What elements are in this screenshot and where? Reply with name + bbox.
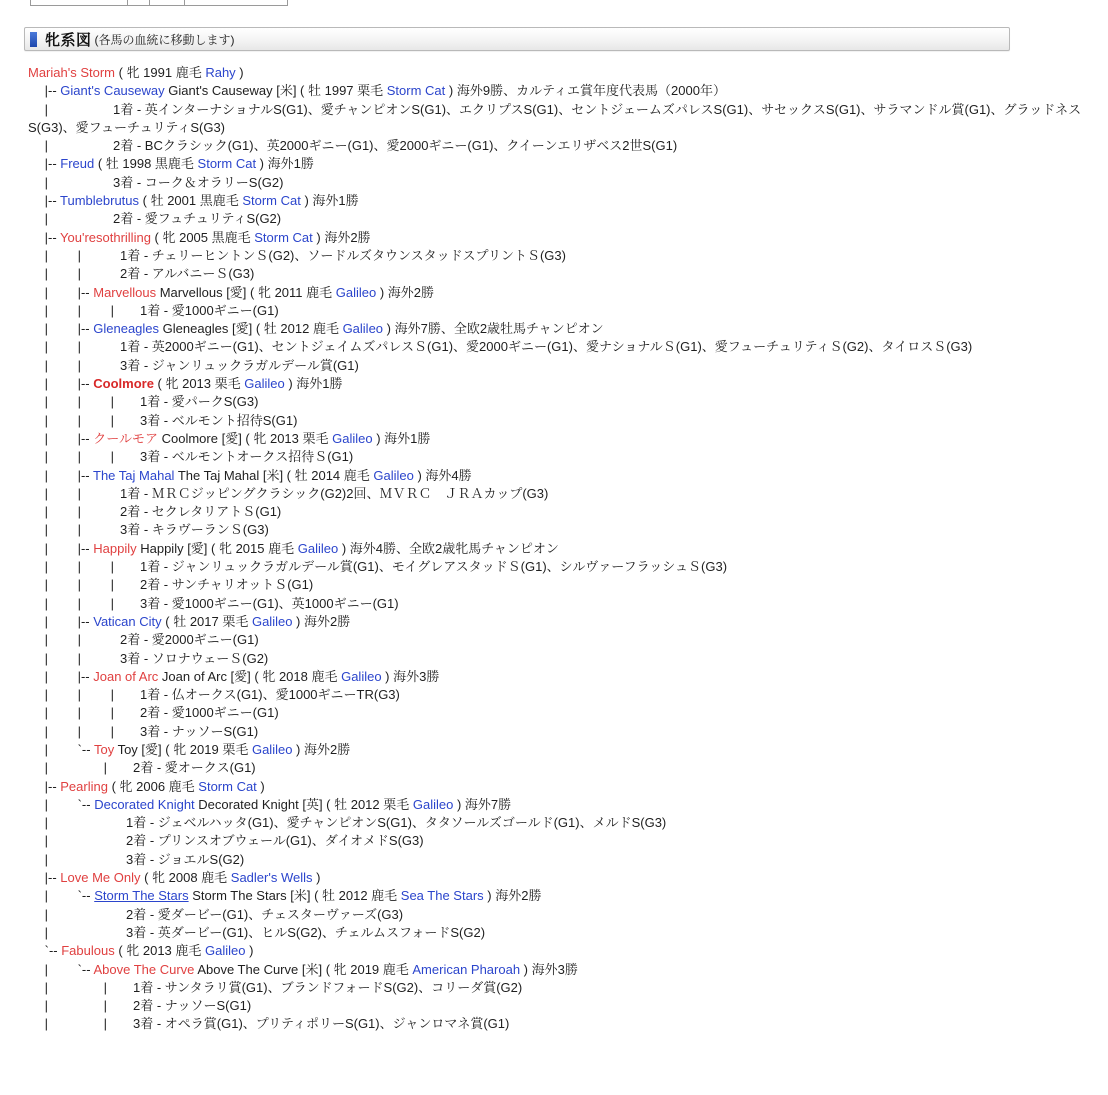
pedigree-text: ( 牝 2008 鹿毛 (140, 870, 230, 885)
tree-branch-prefix: | (28, 925, 126, 940)
pedigree-text: ) 海外9勝、カルティエ賞年度代表馬（2000年） (445, 83, 726, 98)
pedigree-text: ) 海外4勝、全欧2歳牝馬チャンピオン (338, 541, 559, 556)
pedigree-row: `-- Fabulous ( 牝 2013 鹿毛 Galileo ) (28, 942, 1092, 960)
pedigree-text: 3着 - キラヴーランＳ(G3) (120, 522, 269, 537)
horse-link-female[interactable]: Above The Curve (93, 962, 194, 977)
pedigree-row: | 2着 - 愛フュチュリティS(G2) (28, 210, 1092, 228)
horse-link-female[interactable]: Fabulous (61, 943, 114, 958)
pedigree-row: | |-- Marvellous Marvellous [愛] ( 牝 2011… (28, 284, 1092, 302)
pedigree-text: 3着 - ジャンリュックラガルデール賞(G1) (120, 358, 359, 373)
pedigree-row: | `-- Decorated Knight Decorated Knight … (28, 796, 1092, 814)
tree-branch-prefix: | (28, 852, 126, 867)
horse-link-male[interactable]: Galileo (252, 742, 292, 757)
tree-branch-prefix: | | (28, 339, 120, 354)
pedigree-row: | | | 1着 - ジャンリュックラガルデール賞(G1)、モイグレアスタッドＳ… (28, 558, 1092, 576)
pedigree-text: ( 牝 1991 鹿毛 (115, 65, 205, 80)
horse-link-male[interactable]: Rahy (205, 65, 235, 80)
pedigree-text: ) 海外2勝 (313, 230, 371, 245)
pedigree-text: ) 海外1勝 (285, 376, 343, 391)
pedigree-text: 1着 - ＭＲＣジッピングクラシック(G2)2回、ＭＶＲＣ ＪＲＡカップ(G3) (120, 486, 548, 501)
pedigree-text: 2着 - ナッソーS(G1) (133, 998, 251, 1013)
pedigree-row: | | | 1着 - 仏オークス(G1)、愛1000ギニーTR(G3) (28, 686, 1092, 704)
pedigree-row: | 2着 - プリンスオブウェール(G1)、ダイオメドS(G3) (28, 832, 1092, 850)
horse-link-male[interactable]: Galileo (343, 321, 383, 336)
tree-branch-prefix: | | | (28, 559, 140, 574)
pedigree-row: | |-- Gleneagles Gleneagles [愛] ( 牡 2012… (28, 320, 1092, 338)
pedigree-text: Coolmore [愛] ( 牝 2013 栗毛 (158, 431, 332, 446)
horse-link-male[interactable]: Galileo (332, 431, 372, 446)
tree-branch-prefix: | | (28, 632, 120, 647)
pedigree-text: ) 海外7勝、全欧2歳牡馬チャンピオン (383, 321, 604, 336)
pedigree-text: ) 海外3勝 (382, 669, 440, 684)
tree-branch-prefix: | |-- (28, 614, 93, 629)
horse-link-male[interactable]: Galileo (336, 285, 376, 300)
pedigree-tree: Mariah's Storm ( 牝 1991 鹿毛 Rahy ) |-- Gi… (28, 64, 1092, 1034)
tree-branch-prefix: | |-- (28, 285, 93, 300)
pedigree-text: ) 海外1勝 (256, 156, 314, 171)
pedigree-text: ) 海外3勝 (520, 962, 578, 977)
horse-link-male[interactable]: Galileo (298, 541, 338, 556)
pedigree-row: | | 3着 - ソロナウェーＳ(G2) (28, 650, 1092, 668)
pedigree-text: Giant's Causeway [米] ( 牡 1997 栗毛 (165, 83, 387, 98)
pedigree-row: | `-- Above The Curve Above The Curve [米… (28, 961, 1092, 979)
pedigree-row: | |-- Happily Happily [愛] ( 牝 2015 鹿毛 Ga… (28, 540, 1092, 558)
horse-link-male[interactable]: Galileo (373, 468, 413, 483)
pedigree-row: | 3着 - 英ダービー(G1)、ヒルS(G2)、チェルムスフォードS(G2) (28, 924, 1092, 942)
pedigree-row: | | | 3着 - ベルモント招待S(G1) (28, 412, 1092, 430)
pedigree-text: 1着 - ジェベルハッタ(G1)、愛チャンピオンS(G1)、タタソールズゴールド… (126, 815, 666, 830)
horse-link-male[interactable]: Storm Cat (198, 779, 257, 794)
tree-branch-prefix: | | (28, 522, 120, 537)
truncated-table-cell (128, 0, 150, 5)
tree-branch-prefix: | | (28, 998, 133, 1013)
pedigree-text: ) 海外2勝 (376, 285, 434, 300)
pedigree-row: |-- Giant's Causeway Giant's Causeway [米… (28, 82, 1092, 100)
horse-link-female[interactable]: Toy (94, 742, 114, 757)
pedigree-row: | | 1着 - ＭＲＣジッピングクラシック(G2)2回、ＭＶＲＣ ＪＲＡカップ… (28, 485, 1092, 503)
pedigree-row: |-- Freud ( 牡 1998 黒鹿毛 Storm Cat ) 海外1勝 (28, 155, 1092, 173)
tree-branch-prefix: | | (28, 651, 120, 666)
horse-link-male[interactable]: Gleneagles (93, 321, 159, 336)
tree-branch-prefix: | | | (28, 705, 140, 720)
tree-branch-prefix: | |-- (28, 468, 93, 483)
truncated-table-cell (31, 0, 128, 5)
tree-branch-prefix: |-- (28, 193, 60, 208)
tree-branch-prefix: | `-- (28, 742, 94, 757)
pedigree-row: | | 2着 - セクレタリアトＳ(G1) (28, 503, 1092, 521)
pedigree-row: | | | 1着 - 愛パークS(G3) (28, 393, 1092, 411)
pedigree-text: Happily [愛] ( 牝 2015 鹿毛 (137, 541, 298, 556)
tree-branch-prefix: | | | (28, 577, 140, 592)
tree-branch-prefix: |-- (28, 779, 60, 794)
pedigree-text: ( 牝 2005 黒鹿毛 (151, 230, 254, 245)
horse-link-female-current[interactable]: Coolmore (93, 376, 154, 391)
pedigree-row: | 3着 - ジョエルS(G2) (28, 851, 1092, 869)
pedigree-text: Decorated Knight [英] ( 牡 2012 栗毛 (195, 797, 413, 812)
pedigree-text: 3着 - ベルモントオークス招待Ｓ(G1) (140, 449, 353, 464)
horse-link-male[interactable]: Galileo (252, 614, 292, 629)
pedigree-text: 3着 - オペラ賞(G1)、プリティポリーS(G1)、ジャンロマネ賞(G1) (133, 1016, 509, 1031)
horse-link-male[interactable]: Galileo (205, 943, 245, 958)
pedigree-text: 3着 - ナッソーS(G1) (140, 724, 258, 739)
pedigree-section-header: 牝系図 (各馬の血統に移動します) (24, 27, 1010, 51)
tree-branch-prefix: |-- (28, 230, 60, 245)
pedigree-text: ) (313, 870, 321, 885)
tree-branch-prefix: | | (28, 358, 120, 373)
pedigree-text: ) (245, 943, 253, 958)
pedigree-text: ( 牝 2013 栗毛 (154, 376, 244, 391)
horse-link-female[interactable]: You'resothrilling (60, 230, 151, 245)
pedigree-row: | | 3着 - ジャンリュックラガルデール賞(G1) (28, 357, 1092, 375)
pedigree-row: | | 1着 - チェリーヒントンＳ(G2)、ソードルズタウンスタッドスプリント… (28, 247, 1092, 265)
pedigree-text: 2着 - アルバニーＳ(G3) (120, 266, 254, 281)
pedigree-text: 1着 - サンタラリ賞(G1)、ブランドフォードS(G2)、コリーダ賞(G2) (133, 980, 522, 995)
pedigree-row: | | 2着 - 愛オークス(G1) (28, 759, 1092, 777)
pedigree-text: ( 牡 1998 黒鹿毛 (94, 156, 197, 171)
pedigree-text: 3着 - ジョエルS(G2) (126, 852, 244, 867)
tree-branch-prefix: | | | (28, 413, 140, 428)
horse-link-male[interactable]: Vatican City (93, 614, 161, 629)
truncated-table-cell (150, 0, 185, 5)
pedigree-text: Joan of Arc [愛] ( 牝 2018 鹿毛 (158, 669, 341, 684)
pedigree-text: ( 牡 2017 栗毛 (162, 614, 252, 629)
pedigree-text: 2着 - 愛オークス(G1) (133, 760, 256, 775)
tree-branch-prefix: | | | (28, 394, 140, 409)
pedigree-text: 2着 - 愛ダービー(G1)、チェスターヴァーズ(G3) (126, 907, 403, 922)
pedigree-text: 2着 - 愛1000ギニー(G1) (140, 705, 279, 720)
pedigree-row: | 2着 - BCクラシック(G1)、英2000ギニー(G1)、愛2000ギニー… (28, 137, 1092, 155)
truncated-table-cell (185, 0, 287, 5)
pedigree-row: | | | 3着 - 愛1000ギニー(G1)、英1000ギニー(G1) (28, 595, 1092, 613)
pedigree-text: 2着 - サンチャリオットＳ(G1) (140, 577, 313, 592)
pedigree-text: 1着 - ジャンリュックラガルデール賞(G1)、モイグレアスタッドＳ(G1)、シ… (140, 559, 727, 574)
tree-branch-prefix: | | (28, 248, 120, 263)
pedigree-text: ) (257, 779, 265, 794)
tree-branch-prefix: | |-- (28, 431, 93, 446)
pedigree-text: 3着 - ベルモント招待S(G1) (140, 413, 297, 428)
tree-branch-prefix: `-- (28, 943, 61, 958)
tree-branch-prefix: | `-- (28, 797, 94, 812)
tree-branch-prefix: | (28, 138, 113, 153)
pedigree-text: ) 海外7勝 (453, 797, 511, 812)
tree-branch-prefix: | | | (28, 724, 140, 739)
pedigree-row: |-- Love Me Only ( 牝 2008 鹿毛 Sadler's We… (28, 869, 1092, 887)
horse-link-male[interactable]: The Taj Mahal (93, 468, 174, 483)
pedigree-row: | | 3着 - キラヴーランＳ(G3) (28, 521, 1092, 539)
pedigree-row: | | | 1着 - 愛1000ギニー(G1) (28, 302, 1092, 320)
tree-branch-prefix: |-- (28, 870, 60, 885)
tree-branch-prefix: | |-- (28, 321, 93, 336)
pedigree-row: | | | 2着 - 愛1000ギニー(G1) (28, 704, 1092, 722)
horse-link-male[interactable]: Galileo (413, 797, 453, 812)
pedigree-text: 3着 - ソロナウェーＳ(G2) (120, 651, 268, 666)
truncated-table-edge (30, 0, 288, 6)
pedigree-text: ) 海外2勝 (292, 614, 350, 629)
pedigree-row: | 2着 - 愛ダービー(G1)、チェスターヴァーズ(G3) (28, 906, 1092, 924)
horse-link-male[interactable]: Tumblebrutus (60, 193, 139, 208)
pedigree-text: Toy [愛] ( 牝 2019 栗毛 (114, 742, 252, 757)
pedigree-text: 3着 - 愛1000ギニー(G1)、英1000ギニー(G1) (140, 596, 399, 611)
section-subtitle: (各馬の血統に移動します) (95, 31, 235, 48)
pedigree-row: | 3着 - コーク＆オラリーS(G2) (28, 174, 1092, 192)
pedigree-row: Mariah's Storm ( 牝 1991 鹿毛 Rahy ) (28, 64, 1092, 82)
pedigree-text: 1着 - 英インターナショナルS(G1)、愛チャンピオンS(G1)、エクリプスS… (28, 102, 1081, 135)
tree-branch-prefix: | |-- (28, 541, 93, 556)
pedigree-text: 1着 - 英2000ギニー(G1)、セントジェイムズパレスＳ(G1)、愛2000… (120, 339, 972, 354)
pedigree-text: ) 海外1勝 (301, 193, 359, 208)
horse-link-male[interactable]: Storm Cat (242, 193, 301, 208)
pedigree-row: | `-- Toy Toy [愛] ( 牝 2019 栗毛 Galileo ) … (28, 741, 1092, 759)
tree-branch-prefix: | (28, 211, 113, 226)
pedigree-text: The Taj Mahal [米] ( 牡 2014 鹿毛 (174, 468, 373, 483)
tree-branch-prefix: | (28, 102, 113, 117)
pedigree-row: | |-- Coolmore ( 牝 2013 栗毛 Galileo ) 海外1… (28, 375, 1092, 393)
pedigree-row: | | 2着 - アルバニーＳ(G3) (28, 265, 1092, 283)
horse-link-female[interactable]: クールモア (93, 431, 158, 446)
horse-link-male[interactable]: Storm Cat (254, 230, 313, 245)
tree-branch-prefix: | (28, 833, 126, 848)
pedigree-text: ( 牡 2001 黒鹿毛 (139, 193, 242, 208)
tree-branch-prefix: | `-- (28, 888, 94, 903)
pedigree-row: | |-- Vatican City ( 牡 2017 栗毛 Galileo )… (28, 613, 1092, 631)
section-title: 牝系図 (45, 29, 92, 50)
tree-branch-prefix: | |-- (28, 669, 93, 684)
tree-branch-prefix: | |-- (28, 376, 93, 391)
pedigree-row: | 1着 - 英インターナショナルS(G1)、愛チャンピオンS(G1)、エクリプ… (28, 101, 1092, 138)
tree-branch-prefix: |-- (28, 156, 60, 171)
pedigree-row: | | | 3着 - ベルモントオークス招待Ｓ(G1) (28, 448, 1092, 466)
tree-branch-prefix: | | (28, 486, 120, 501)
pedigree-text: Storm The Stars [米] ( 牡 2012 鹿毛 (189, 888, 401, 903)
pedigree-row: |-- You'resothrilling ( 牝 2005 黒鹿毛 Storm… (28, 229, 1092, 247)
horse-link-male[interactable]: Storm Cat (198, 156, 257, 171)
pedigree-row: | |-- クールモア Coolmore [愛] ( 牝 2013 栗毛 Gal… (28, 430, 1092, 448)
pedigree-row: | | 2着 - 愛2000ギニー(G1) (28, 631, 1092, 649)
pedigree-text: Above The Curve [米] ( 牝 2019 鹿毛 (194, 962, 412, 977)
horse-link-male[interactable]: Sea The Stars (401, 888, 484, 903)
tree-branch-prefix: | | | (28, 303, 140, 318)
pedigree-text: ( 牝 2013 鹿毛 (115, 943, 205, 958)
tree-branch-prefix: | `-- (28, 962, 93, 977)
pedigree-text: ) 海外2勝 (484, 888, 542, 903)
horse-link-male-visited[interactable]: Storm The Stars (94, 888, 188, 903)
horse-link-male[interactable]: Sadler's Wells (231, 870, 313, 885)
tree-branch-prefix: | | (28, 266, 120, 281)
pedigree-text: 3着 - 英ダービー(G1)、ヒルS(G2)、チェルムスフォードS(G2) (126, 925, 485, 940)
pedigree-row: | 1着 - ジェベルハッタ(G1)、愛チャンピオンS(G1)、タタソールズゴー… (28, 814, 1092, 832)
pedigree-row: | `-- Storm The Stars Storm The Stars [米… (28, 887, 1092, 905)
pedigree-text: ) 海外2勝 (292, 742, 350, 757)
pedigree-text: ) 海外1勝 (373, 431, 431, 446)
pedigree-text: ) (236, 65, 244, 80)
pedigree-row: | | 1着 - 英2000ギニー(G1)、セントジェイムズパレスＳ(G1)、愛… (28, 338, 1092, 356)
pedigree-text: 2着 - BCクラシック(G1)、英2000ギニー(G1)、愛2000ギニー(G… (113, 138, 677, 153)
horse-link-female[interactable]: Pearling (60, 779, 108, 794)
tree-branch-prefix: | | | (28, 449, 140, 464)
pedigree-text: 1着 - 愛1000ギニー(G1) (140, 303, 279, 318)
horse-link-female[interactable]: Marvellous (93, 285, 156, 300)
pedigree-row: | | 1着 - サンタラリ賞(G1)、ブランドフォードS(G2)、コリーダ賞(… (28, 979, 1092, 997)
horse-link-female[interactable]: Happily (93, 541, 136, 556)
pedigree-text: 1着 - 愛パークS(G3) (140, 394, 258, 409)
tree-branch-prefix: | | | (28, 687, 140, 702)
horse-link-male[interactable]: American Pharoah (412, 962, 520, 977)
pedigree-text: 1着 - 仏オークス(G1)、愛1000ギニーTR(G3) (140, 687, 400, 702)
blue-accent-bar-icon (30, 32, 37, 47)
pedigree-row: |-- Pearling ( 牝 2006 鹿毛 Storm Cat ) (28, 778, 1092, 796)
pedigree-row: | | | 2着 - サンチャリオットＳ(G1) (28, 576, 1092, 594)
horse-link-female[interactable]: Mariah's Storm (28, 65, 115, 80)
pedigree-text: 2着 - セクレタリアトＳ(G1) (120, 504, 281, 519)
horse-link-male[interactable]: Giant's Causeway (60, 83, 164, 98)
horse-link-female[interactable]: Joan of Arc (93, 669, 158, 684)
pedigree-row: | | 2着 - ナッソーS(G1) (28, 997, 1092, 1015)
tree-branch-prefix: | | (28, 504, 120, 519)
pedigree-text: 2着 - 愛2000ギニー(G1) (120, 632, 259, 647)
horse-link-male[interactable]: Freud (60, 156, 94, 171)
pedigree-row: | | | 3着 - ナッソーS(G1) (28, 723, 1092, 741)
horse-link-male[interactable]: Galileo (341, 669, 381, 684)
pedigree-text: ( 牝 2006 鹿毛 (108, 779, 198, 794)
pedigree-text: Marvellous [愛] ( 牝 2011 鹿毛 (156, 285, 336, 300)
horse-link-male[interactable]: Storm Cat (387, 83, 446, 98)
pedigree-text: 2着 - プリンスオブウェール(G1)、ダイオメドS(G3) (126, 833, 424, 848)
horse-link-male[interactable]: Galileo (244, 376, 284, 391)
tree-branch-prefix: |-- (28, 83, 60, 98)
tree-branch-prefix: | | (28, 980, 133, 995)
pedigree-text: 2着 - 愛フュチュリティS(G2) (113, 211, 281, 226)
tree-branch-prefix: | | (28, 760, 133, 775)
horse-link-female[interactable]: Love Me Only (60, 870, 140, 885)
tree-branch-prefix: | (28, 175, 113, 190)
tree-branch-prefix: | | (28, 1016, 133, 1031)
pedigree-row: | |-- The Taj Mahal The Taj Mahal [米] ( … (28, 467, 1092, 485)
pedigree-text: 3着 - コーク＆オラリーS(G2) (113, 175, 283, 190)
tree-branch-prefix: | (28, 907, 126, 922)
tree-branch-prefix: | | | (28, 596, 140, 611)
pedigree-row: | | 3着 - オペラ賞(G1)、プリティポリーS(G1)、ジャンロマネ賞(G… (28, 1015, 1092, 1033)
pedigree-text: ) 海外4勝 (414, 468, 472, 483)
horse-link-male[interactable]: Decorated Knight (94, 797, 194, 812)
tree-branch-prefix: | (28, 815, 126, 830)
pedigree-row: | |-- Joan of Arc Joan of Arc [愛] ( 牝 20… (28, 668, 1092, 686)
pedigree-text: Gleneagles [愛] ( 牡 2012 鹿毛 (159, 321, 343, 336)
pedigree-text: 1着 - チェリーヒントンＳ(G2)、ソードルズタウンスタッドスプリントＳ(G3… (120, 248, 566, 263)
pedigree-row: |-- Tumblebrutus ( 牡 2001 黒鹿毛 Storm Cat … (28, 192, 1092, 210)
